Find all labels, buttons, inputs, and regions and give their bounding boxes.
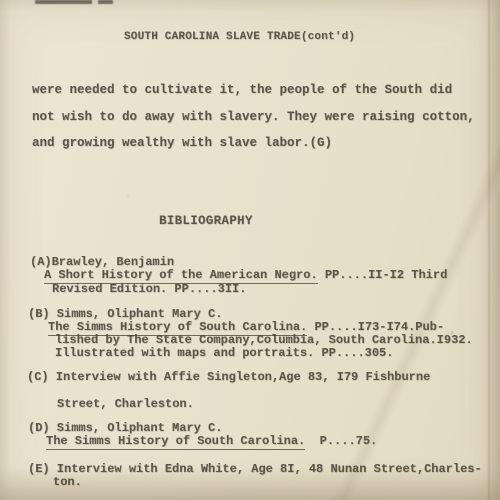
bib-entry-d-line2: The Simms History of South Carolina. P..… bbox=[46, 435, 377, 449]
bib-entry-d-underlined-title: The Simms History of South Carolina. bbox=[46, 434, 305, 450]
bib-entry-e-line2: ton. bbox=[53, 476, 82, 490]
bib-entry-b-line4: Illustrated with maps and portraits. PP.… bbox=[55, 347, 393, 361]
bib-entry-a-line3: Revised Edition. PP....3II. bbox=[52, 283, 246, 297]
paragraph-line: not wish to do away with slavery. They w… bbox=[32, 110, 475, 124]
bib-entry-c-line2: Street, Charleston. bbox=[57, 398, 194, 412]
bib-entry-a-line2: A Short History of the American Negro. P… bbox=[44, 269, 447, 283]
clipped-text-fragment bbox=[35, 0, 113, 4]
bib-entry-d-pages: P....75. bbox=[305, 434, 377, 448]
bib-entry-c-line1: (C) Interview with Affie Singleton,Age 8… bbox=[27, 371, 430, 385]
bibliography-title: BIBLIOGRAPHY bbox=[159, 214, 253, 228]
scanned-document-page: SOUTH CAROLINA SLAVE TRADE(cont'd) were … bbox=[0, 0, 500, 500]
bib-entry-b-pages: PP....I73-I74.Pub- bbox=[307, 320, 444, 334]
paragraph-line: and growing wealthy with slave labor.(G) bbox=[32, 136, 332, 150]
bib-entry-e-line1: (E) Interview with Edna White, Age 8I, 4… bbox=[28, 463, 482, 477]
bib-entry-a-pages: PP....II-I2 Third bbox=[318, 268, 448, 282]
page-title: SOUTH CAROLINA SLAVE TRADE(cont'd) bbox=[124, 31, 355, 44]
paper-crease bbox=[488, 0, 490, 500]
paragraph-line: were needed to cultivate it, the people … bbox=[32, 83, 452, 97]
